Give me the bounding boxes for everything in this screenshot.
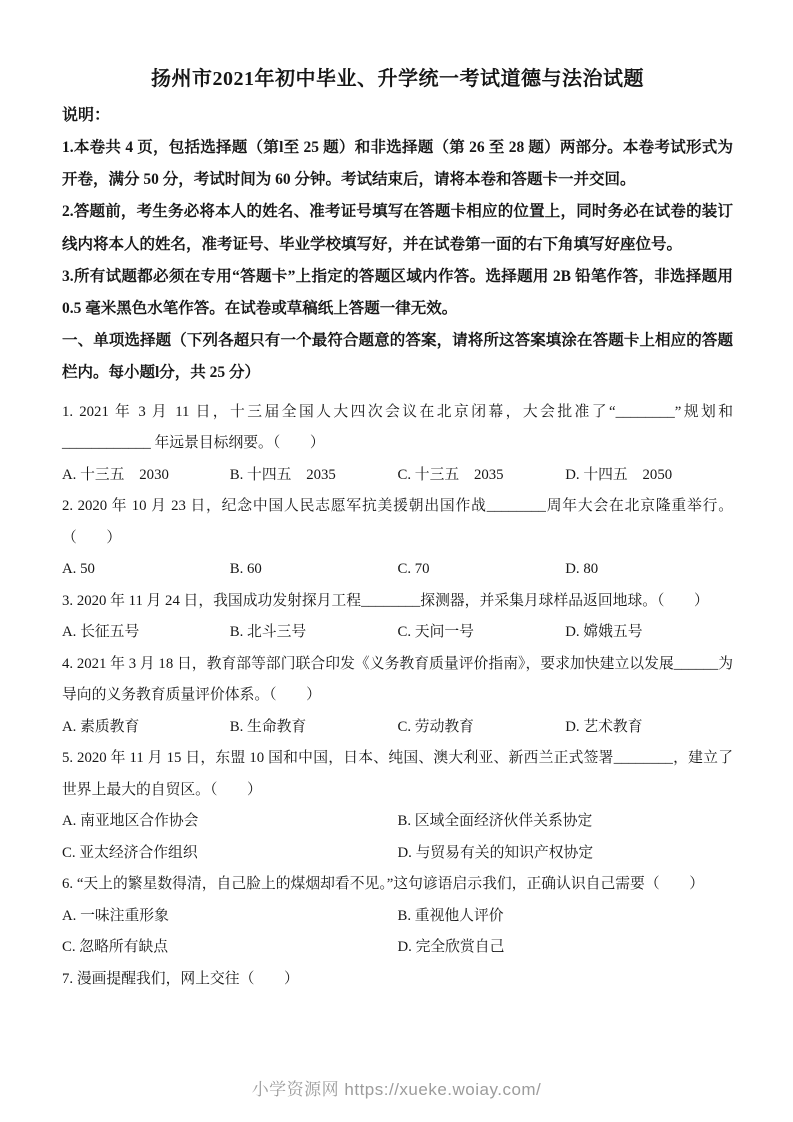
question-1-options: A. 十三五 2030 B. 十四五 2035 C. 十三五 2035 D. 十… <box>62 460 733 492</box>
question-6-option-c: C. 忽略所有缺点 <box>62 932 398 964</box>
question-4-option-d: D. 艺术教育 <box>565 712 733 744</box>
question-4-option-a: A. 素质教育 <box>62 712 230 744</box>
question-4-option-c: C. 劳动教育 <box>398 712 566 744</box>
question-2-option-b: B. 60 <box>230 554 398 586</box>
question-1-option-c: C. 十三五 2035 <box>398 460 566 492</box>
exam-page: 扬州市2021年初中毕业、升学统一考试道德与法治试题 说明： 1.本卷共 4 页… <box>0 0 793 1122</box>
question-4-option-b: B. 生命教育 <box>230 712 398 744</box>
question-5-options: A. 南亚地区合作协会 B. 区域全面经济伙伴关系协定 C. 亚太经济合作组织 … <box>62 806 733 869</box>
question-2-stem: 2020 年 10 月 23 日，纪念中国人民志愿军抗美援朝出国作战______… <box>62 498 733 546</box>
question-list: 1. 2021 年 3 月 11 日，十三届全国人大四次会议在北京闭幕，大会批准… <box>62 397 733 996</box>
instruction-item-1: 1.本卷共 4 页，包括选择题（第l至 25 题）和非选择题（第 26 至 28… <box>62 132 733 196</box>
question-3-option-d: D. 嫦娥五号 <box>565 617 733 649</box>
question-1: 1. 2021 年 3 月 11 日，十三届全国人大四次会议在北京闭幕，大会批准… <box>62 397 733 492</box>
question-7-stem: 漫画提醒我们，网上交往（ ） <box>77 971 299 987</box>
question-4-text: 4. 2021 年 3 月 18 日，教育部等部门联合印发《义务教育质量评价指南… <box>62 649 733 712</box>
question-2-number: 2. <box>62 498 73 514</box>
question-6-option-a: A. 一味注重形象 <box>62 901 398 933</box>
question-5-text: 5. 2020 年 11 月 15 日，东盟 10 国和中国，日本、纯国、澳大利… <box>62 743 733 806</box>
question-1-text: 1. 2021 年 3 月 11 日，十三届全国人大四次会议在北京闭幕，大会批准… <box>62 397 733 460</box>
question-5-option-b: B. 区域全面经济伙伴关系协定 <box>398 806 734 838</box>
question-2-option-d: D. 80 <box>565 554 733 586</box>
question-4-number: 4. <box>62 656 73 672</box>
question-6-option-d: D. 完全欣赏自己 <box>398 932 734 964</box>
question-3-option-a: A. 长征五号 <box>62 617 230 649</box>
question-3: 3. 2020 年 11 月 24 日，我国成功发射探月工程________探测… <box>62 586 733 649</box>
question-6-option-b: B. 重视他人评价 <box>398 901 734 933</box>
question-3-number: 3. <box>62 593 73 609</box>
watermark-footer: 小学资源网 https://xueke.woiay.com/ <box>0 1075 793 1100</box>
question-6-stem: “天上的繁星数得清，自己脸上的煤烟却看不见。”这句谚语启示我们，正确认识自己需要… <box>77 876 704 892</box>
question-6-number: 6. <box>62 876 73 892</box>
question-6-text: 6. “天上的繁星数得清，自己脸上的煤烟却看不见。”这句谚语启示我们，正确认识自… <box>62 869 733 901</box>
instructions-heading: 说明： <box>62 100 733 132</box>
question-3-options: A. 长征五号 B. 北斗三号 C. 天问一号 D. 嫦娥五号 <box>62 617 733 649</box>
question-4-stem: 2021 年 3 月 18 日，教育部等部门联合印发《义务教育质量评价指南》，要… <box>62 656 733 704</box>
question-2-text: 2. 2020 年 10 月 23 日，纪念中国人民志愿军抗美援朝出国作战___… <box>62 491 733 554</box>
question-7-text: 7. 漫画提醒我们，网上交往（ ） <box>62 964 733 996</box>
instruction-item-3: 3.所有试题都必须在专用“答题卡”上指定的答题区域内作答。选择题用 2B 铅笔作… <box>62 261 733 325</box>
question-5-option-a: A. 南亚地区合作协会 <box>62 806 398 838</box>
question-1-number: 1. <box>62 404 73 420</box>
question-6-options: A. 一味注重形象 B. 重视他人评价 C. 忽略所有缺点 D. 完全欣赏自己 <box>62 901 733 964</box>
question-5-number: 5. <box>62 750 73 766</box>
question-2-option-c: C. 70 <box>398 554 566 586</box>
question-7-number: 7. <box>62 971 73 987</box>
question-1-option-b: B. 十四五 2035 <box>230 460 398 492</box>
question-3-option-b: B. 北斗三号 <box>230 617 398 649</box>
question-5-stem: 2020 年 11 月 15 日，东盟 10 国和中国，日本、纯国、澳大利亚、新… <box>62 750 733 798</box>
question-1-stem: 2021 年 3 月 11 日，十三届全国人大四次会议在北京闭幕，大会批准了“_… <box>62 404 733 452</box>
question-3-option-c: C. 天问一号 <box>398 617 566 649</box>
question-5: 5. 2020 年 11 月 15 日，东盟 10 国和中国，日本、纯国、澳大利… <box>62 743 733 869</box>
question-4-options: A. 素质教育 B. 生命教育 C. 劳动教育 D. 艺术教育 <box>62 712 733 744</box>
question-7: 7. 漫画提醒我们，网上交往（ ） <box>62 964 733 996</box>
question-1-option-d: D. 十四五 2050 <box>565 460 733 492</box>
question-1-option-a: A. 十三五 2030 <box>62 460 230 492</box>
question-2-options: A. 50 B. 60 C. 70 D. 80 <box>62 554 733 586</box>
page-content: 扬州市2021年初中毕业、升学统一考试道德与法治试题 说明： 1.本卷共 4 页… <box>0 0 793 995</box>
section-heading: 一、单项选择题（下列各超只有一个最符合题意的答案，请将所这答案填涂在答题卡上相应… <box>62 325 733 389</box>
question-2: 2. 2020 年 10 月 23 日，纪念中国人民志愿军抗美援朝出国作战___… <box>62 491 733 586</box>
instruction-item-2: 2.答题前，考生务必将本人的姓名、准考证号填写在答题卡相应的位置上，同时务必在试… <box>62 196 733 260</box>
question-2-option-a: A. 50 <box>62 554 230 586</box>
question-5-option-c: C. 亚太经济合作组织 <box>62 838 398 870</box>
page-title: 扬州市2021年初中毕业、升学统一考试道德与法治试题 <box>62 0 733 96</box>
question-3-stem: 2020 年 11 月 24 日，我国成功发射探月工程________探测器，并… <box>77 593 709 609</box>
question-3-text: 3. 2020 年 11 月 24 日，我国成功发射探月工程________探测… <box>62 586 733 618</box>
question-4: 4. 2021 年 3 月 18 日，教育部等部门联合印发《义务教育质量评价指南… <box>62 649 733 744</box>
question-6: 6. “天上的繁星数得清，自己脸上的煤烟却看不见。”这句谚语启示我们，正确认识自… <box>62 869 733 964</box>
question-5-option-d: D. 与贸易有关的知识产权协定 <box>398 838 734 870</box>
